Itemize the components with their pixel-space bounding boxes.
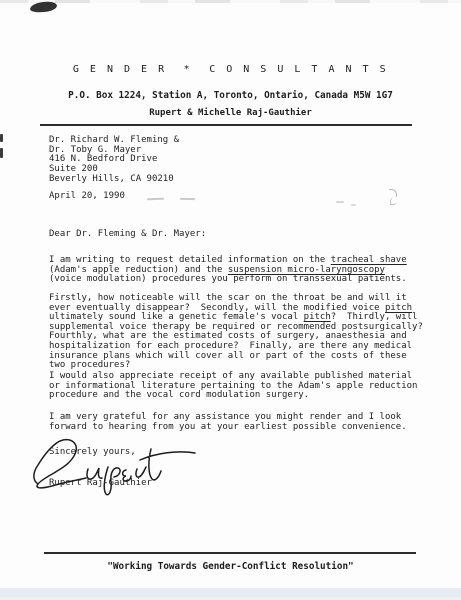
pencil-smudge bbox=[147, 198, 164, 201]
body-line: procedure and the vocal cord modulation … bbox=[49, 391, 417, 401]
org-proprietors: Rupert & Michelle Raj-Gauthier bbox=[0, 108, 461, 118]
scanned-letter-page: G E N D E R * C O N S U L T A N T S P.O.… bbox=[0, 0, 461, 600]
scan-edge-mark bbox=[0, 134, 3, 142]
address-line: Beverly Hills, CA 90210 bbox=[49, 175, 179, 185]
typed-signature-name: Rupert Raj-Gauthier bbox=[49, 478, 152, 488]
footer-motto: "Working Towards Gender-Conflict Resolut… bbox=[0, 561, 461, 572]
salutation: Dear Dr. Fleming & Dr. Mayer: bbox=[49, 229, 206, 239]
pencil-squiggle bbox=[390, 197, 397, 205]
org-name: G E N D E R * C O N S U L T A N T S bbox=[0, 64, 461, 75]
paragraph: I would also appreciate receipt of any a… bbox=[49, 372, 417, 401]
scan-bottom-band bbox=[0, 588, 461, 597]
recipient-address: Dr. Richard W. Fleming &Dr. Toby G. Maye… bbox=[49, 136, 179, 185]
paragraph: I am writing to request detailed informa… bbox=[49, 256, 407, 285]
scan-edge-mark bbox=[0, 148, 3, 158]
handwritten-signature bbox=[30, 438, 200, 498]
pencil-squiggle bbox=[389, 189, 397, 197]
body-line: (voice modulation) procedures you perfor… bbox=[49, 275, 407, 285]
paragraph: Firstly, how noticeable will the scar on… bbox=[49, 294, 423, 371]
body-line: forward to hearing from you at your earl… bbox=[49, 423, 407, 433]
letterhead-divider bbox=[40, 124, 412, 126]
scan-edge-noise bbox=[0, 0, 461, 3]
org-address: P.O. Box 1224, Station A, Toronto, Ontar… bbox=[0, 90, 461, 101]
pencil-smudge bbox=[180, 198, 195, 200]
footer-divider bbox=[44, 552, 416, 554]
body-line: two procedures? bbox=[49, 361, 423, 371]
letter-date: April 20, 1990 bbox=[49, 191, 125, 201]
pencil-smudge bbox=[336, 201, 344, 203]
paragraph: I am very grateful for any assistance yo… bbox=[49, 413, 407, 432]
pencil-smudge bbox=[351, 204, 356, 206]
